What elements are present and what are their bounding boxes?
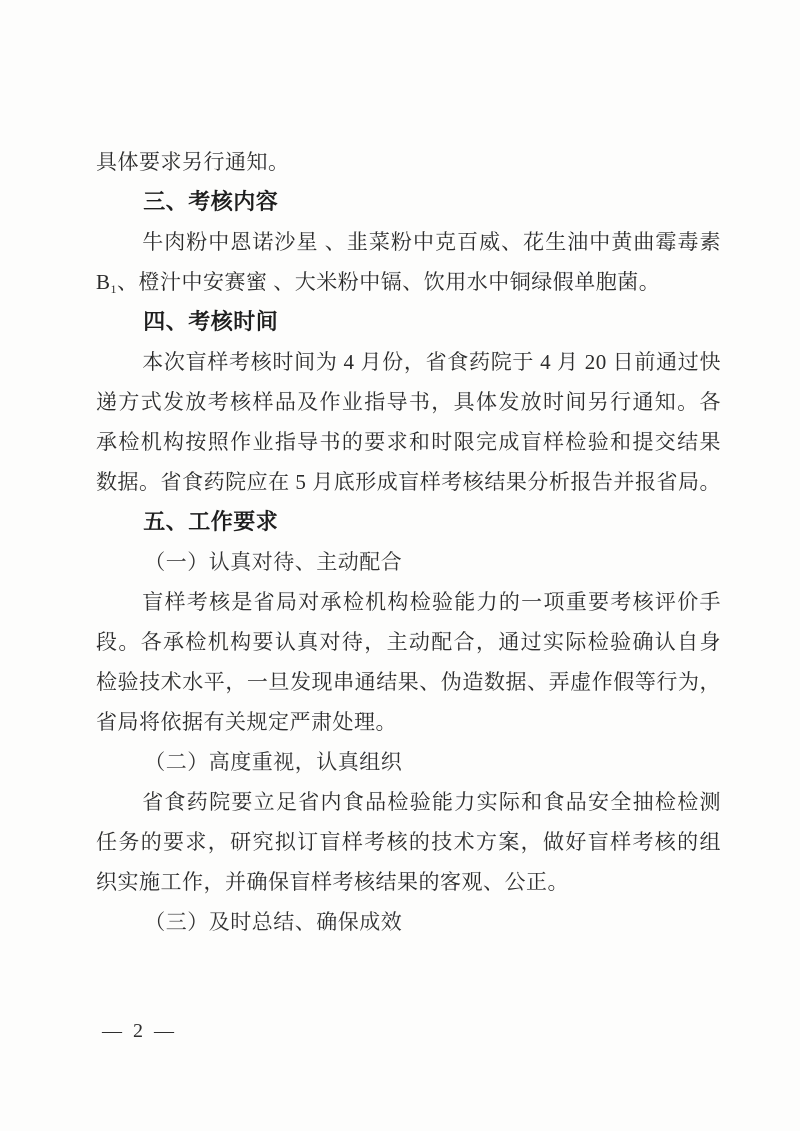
body-text-line: 织实施工作，并确保盲样考核结果的客观、公正。 — [96, 862, 721, 902]
document-page: 具体要求另行通知。三、考核内容牛肉粉中恩诺沙星 、韭菜粉中克百威、花生油中黄曲霉… — [0, 0, 800, 1131]
subsection-heading: （二）高度重视，认真组织 — [96, 742, 721, 782]
document-body: 具体要求另行通知。三、考核内容牛肉粉中恩诺沙星 、韭菜粉中克百威、花生油中黄曲霉… — [96, 142, 721, 942]
section-heading: 五、工作要求 — [96, 502, 721, 542]
body-text-line: 省食药院要立足省内食品检验能力实际和食品安全抽检检测 — [96, 782, 721, 822]
body-text-line: 盲样考核是省局对承检机构检验能力的一项重要考核评价手 — [96, 582, 721, 622]
body-text-line: 数据。省食药院应在 5 月底形成盲样考核结果分析报告并报省局。 — [96, 462, 721, 502]
body-text-line: 本次盲样考核时间为 4 月份，省食药院于 4 月 20 日前通过快 — [96, 342, 721, 382]
subsection-heading: （一）认真对待、主动配合 — [96, 542, 721, 582]
body-text-line: 段。各承检机构要认真对待，主动配合，通过实际检验确认自身 — [96, 622, 721, 662]
section-heading: 四、考核时间 — [96, 302, 721, 342]
body-text-line: 检验技术水平，一旦发现串通结果、伪造数据、弄虚作假等行为， — [96, 662, 721, 702]
chemical-symbol: B — [96, 270, 111, 294]
body-text-line: B1、橙汁中安赛蜜 、大米粉中镉、饮用水中铜绿假单胞菌。 — [96, 262, 721, 302]
body-text-line: 省局将依据有关规定严肃处理。 — [96, 702, 721, 742]
section-heading: 三、考核内容 — [96, 182, 721, 222]
body-text-line: 牛肉粉中恩诺沙星 、韭菜粉中克百威、花生油中黄曲霉毒素 — [96, 222, 721, 262]
body-text-line: 具体要求另行通知。 — [96, 142, 721, 182]
body-text-line: 承检机构按照作业指导书的要求和时限完成盲样检验和提交结果 — [96, 422, 721, 462]
body-text-line: 任务的要求，研究拟订盲样考核的技术方案，做好盲样考核的组 — [96, 822, 721, 862]
body-text: 、橙汁中安赛蜜 、大米粉中镉、饮用水中铜绿假单胞菌。 — [117, 270, 660, 294]
body-text-line: 递方式发放考核样品及作业指导书，具体发放时间另行通知。各 — [96, 382, 721, 422]
subsection-heading: （三）及时总结、确保成效 — [96, 902, 721, 942]
page-number: — 2 — — [102, 1016, 177, 1046]
